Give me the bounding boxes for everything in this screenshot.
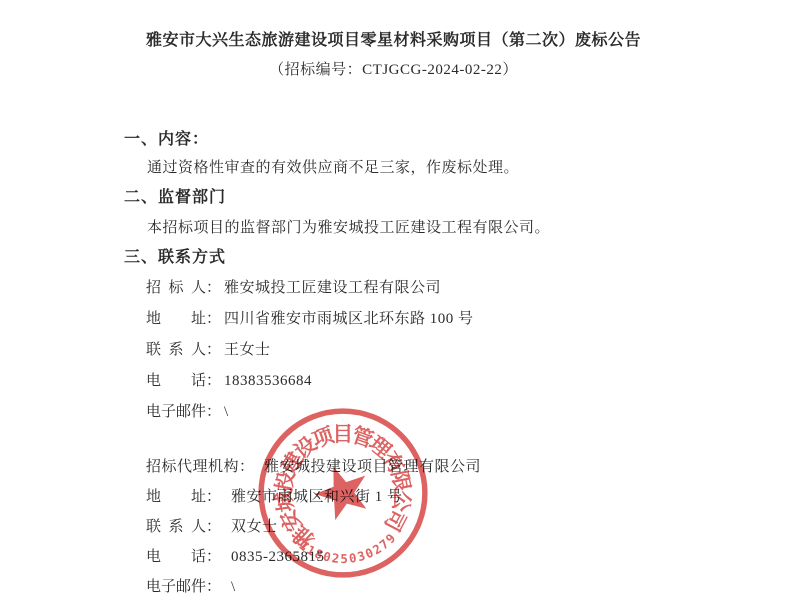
tenderer-label: 招标人: [146, 276, 206, 297]
agency-address-value: 雅安市雨城区和兴街 1 号: [231, 485, 403, 506]
colon: ：: [239, 455, 254, 476]
email-value: \: [224, 404, 229, 421]
phone-row: 电话： 18383536684: [146, 369, 474, 389]
agency-contact-person-label: 联系人: [146, 515, 206, 536]
section-heading-supervisor: 二、监督部门: [124, 184, 226, 207]
contact-person-value: 王女士: [224, 338, 271, 359]
address-value: 四川省雅安市雨城区北环东路 100 号: [224, 307, 474, 328]
agency-address-label: 地址: [146, 485, 206, 506]
agency-label: 招标代理机构: [146, 455, 239, 476]
phone-value: 18383536684: [224, 373, 312, 390]
colon: ：: [206, 400, 221, 421]
colon: ：: [206, 369, 221, 390]
colon: ：: [206, 515, 221, 536]
email-label: 电子邮件: [146, 400, 206, 421]
agency-contact-block: 招标代理机构： 雅安城投建设项目管理有限公司 地址： 雅安市雨城区和兴街 1 号…: [146, 455, 481, 605]
tenderer-contact-block: 招标人： 雅安城投工匠建设工程有限公司 地址： 四川省雅安市雨城区北环东路 10…: [146, 276, 474, 431]
contact-person-row: 联系人： 王女士: [146, 338, 474, 358]
colon: ：: [206, 307, 221, 328]
tenderer-value: 雅安城投工匠建设工程有限公司: [224, 276, 441, 297]
agency-email-label: 电子邮件: [146, 575, 206, 596]
colon: ：: [206, 276, 221, 297]
tenderer-row: 招标人： 雅安城投工匠建设工程有限公司: [146, 276, 474, 296]
agency-phone-value: 0835-2365815: [231, 549, 325, 566]
agency-contact-person-value: 双女士: [231, 515, 278, 536]
agency-address-row: 地址： 雅安市雨城区和兴街 1 号: [146, 485, 481, 505]
agency-value: 雅安城投建设项目管理有限公司: [264, 455, 481, 476]
colon: ：: [206, 485, 221, 506]
contact-person-label: 联系人: [146, 338, 206, 359]
agency-contact-person-row: 联系人： 双女士: [146, 515, 481, 535]
agency-phone-row: 电话： 0835-2365815: [146, 545, 481, 565]
section-heading-contact: 三、联系方式: [124, 244, 226, 267]
tender-number: （招标编号：CTJGCG-2024-02-22）: [0, 58, 787, 79]
phone-label: 电话: [146, 369, 206, 390]
colon: ：: [206, 545, 221, 566]
page-title: 雅安市大兴生态旅游建设项目零星材料采购项目（第二次）废标公告: [0, 27, 787, 50]
section-body-content: 通过资格性审查的有效供应商不足三家，作废标处理。: [147, 156, 519, 177]
colon: ：: [206, 338, 221, 359]
agency-row: 招标代理机构： 雅安城投建设项目管理有限公司: [146, 455, 481, 475]
colon: ：: [206, 575, 221, 596]
email-row: 电子邮件： \: [146, 400, 474, 420]
address-label: 地址: [146, 307, 206, 328]
address-row: 地址： 四川省雅安市雨城区北环东路 100 号: [146, 307, 474, 327]
agency-email-row: 电子邮件： \: [146, 575, 481, 595]
agency-email-value: \: [231, 579, 236, 596]
section-body-supervisor: 本招标项目的监督部门为雅安城投工匠建设工程有限公司。: [147, 216, 550, 237]
agency-phone-label: 电话: [146, 545, 206, 566]
section-heading-content: 一、内容：: [124, 126, 209, 149]
